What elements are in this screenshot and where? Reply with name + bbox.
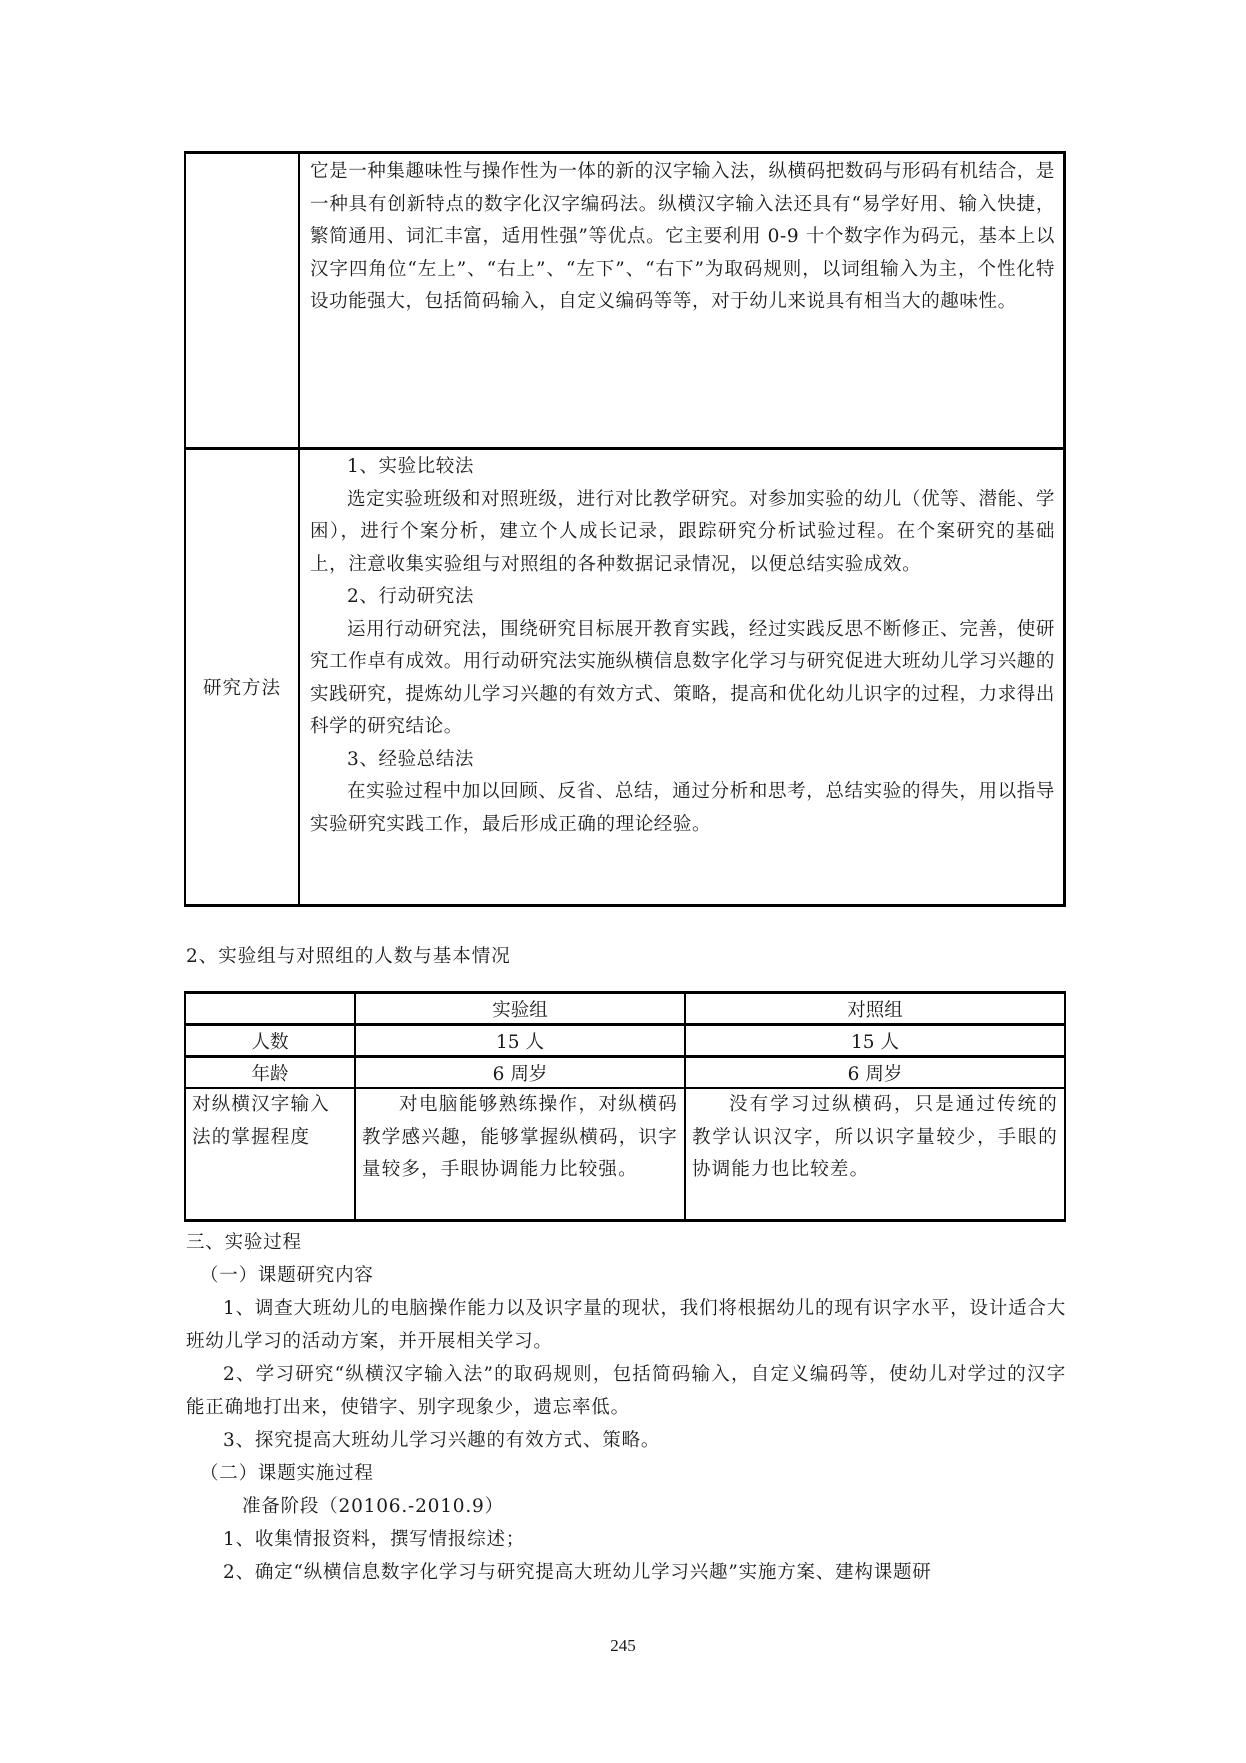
method-text: 运用行动研究法，围绕研究目标展开教育实践，经过实践反思不断修正、完善，使研究工作…	[310, 614, 1055, 744]
method-text: 在实验过程中加以回顾、反省、总结，通过分析和思考，总结实验的得失，用以指导实验研…	[310, 776, 1055, 841]
comparison-table: 实验组 对照组 人数 15 人 15 人 年龄 6 周岁 6 周岁 对纵横汉字输…	[184, 991, 1066, 1222]
list-item: 2、学习研究“纵横汉字输入法”的取码规则，包括简码输入，自定义编码等，使幼儿对学…	[186, 1358, 1066, 1424]
table-row-divider	[186, 447, 1063, 450]
table-header-row: 实验组 对照组	[185, 993, 1065, 1025]
document-page: 它是一种集趣味性与操作性为一体的新的汉字输入法，纵横码把数码与形码有机结合，是一…	[0, 0, 1246, 1763]
method-title: 1、实验比较法	[310, 451, 1055, 484]
table-header-cell: 实验组	[355, 993, 685, 1025]
page-number: 245	[0, 1636, 1246, 1656]
row-label: 人数	[185, 1025, 355, 1057]
section-heading: 2、实验组与对照组的人数与基本情况	[186, 942, 511, 968]
list-item: 1、调查大班幼儿的电脑操作能力以及识字量的现状，我们将根据幼儿的现有识字水平，设…	[186, 1292, 1066, 1358]
research-methods-content: 1、实验比较法 选定实验班级和对照班级，进行对比教学研究。对参加实验的幼儿（优等…	[310, 451, 1055, 841]
table-cell: 6 周岁	[355, 1057, 685, 1089]
row-label: 对纵横汉字输入法的掌握程度	[185, 1088, 355, 1221]
method-title: 2、行动研究法	[310, 581, 1055, 614]
table-cell: 对电脑能够熟练操作，对纵横码教学感兴趣，能够掌握纵横码，识字量较多，手眼协调能力…	[355, 1088, 685, 1221]
table-row: 年龄 6 周岁 6 周岁	[185, 1057, 1065, 1089]
research-table: 它是一种集趣味性与操作性为一体的新的汉字输入法，纵横码把数码与形码有机结合，是一…	[184, 151, 1066, 907]
row-label: 年龄	[185, 1057, 355, 1089]
experiment-process-section: 三、实验过程 （一）课题研究内容 1、调查大班幼儿的电脑操作能力以及识字量的现状…	[186, 1226, 1066, 1589]
table-cell: 6 周岁	[685, 1057, 1065, 1089]
table-row: 人数 15 人 15 人	[185, 1025, 1065, 1057]
section-heading: 三、实验过程	[186, 1226, 1066, 1259]
table-header-cell: 对照组	[685, 993, 1065, 1025]
table-cell: 没有学习过纵横码，只是通过传统的教学认识汉字，所以识字量较少，手眼的协调能力也比…	[685, 1088, 1065, 1221]
method-text: 选定实验班级和对照班级，进行对比教学研究。对参加实验的幼儿（优等、潜能、学困），…	[310, 484, 1055, 582]
subsection-heading: （二）课题实施过程	[186, 1457, 1066, 1490]
subsection-heading: （一）课题研究内容	[186, 1259, 1066, 1292]
table-cell: 15 人	[355, 1025, 685, 1057]
table-row: 对纵横汉字输入法的掌握程度 对电脑能够熟练操作，对纵横码教学感兴趣，能够掌握纵横…	[185, 1088, 1065, 1221]
table-column-divider	[298, 154, 300, 904]
list-item: 1、收集情报资料，撰写情报综述；	[186, 1523, 1066, 1556]
list-item: 3、探究提高大班幼儿学习兴趣的有效方式、策略。	[186, 1424, 1066, 1457]
table-header-cell	[185, 993, 355, 1025]
stage-label: 准备阶段（20106.-2010.9）	[186, 1490, 1066, 1523]
method-title: 3、经验总结法	[310, 744, 1055, 777]
table-cell: 15 人	[685, 1025, 1065, 1057]
list-item: 2、确定“纵横信息数字化学习与研究提高大班幼儿学习兴趣”实施方案、建构课题研	[186, 1556, 1066, 1589]
research-methods-label: 研究方法	[186, 674, 298, 700]
input-method-description: 它是一种集趣味性与操作性为一体的新的汉字输入法，纵横码把数码与形码有机结合，是一…	[310, 156, 1055, 319]
